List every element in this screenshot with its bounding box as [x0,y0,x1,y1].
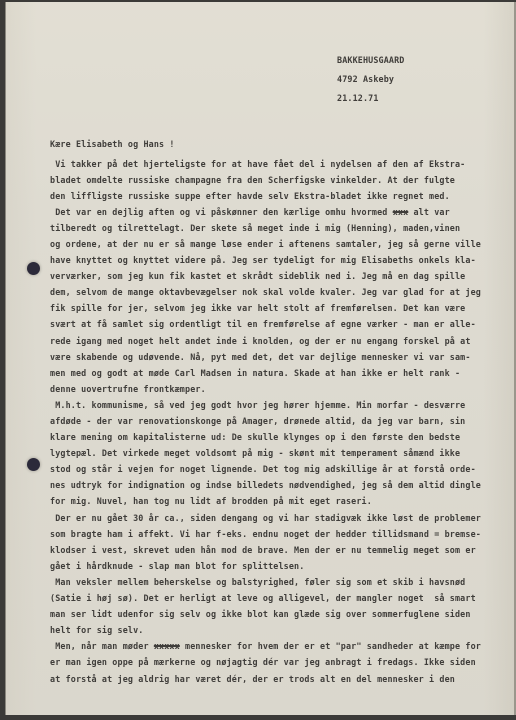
letter-line: verværker, som jeg kun fik kastet et skr… [50,268,481,284]
letter-line: Men, når man møder xxxxx mennesker for h… [50,638,481,654]
letter-line: svært at få samlet sig ordentligt til en… [50,316,481,332]
letter-line: nes udtryk for indignation og indse bill… [50,477,481,493]
letter-line: lygtepæl. Det virkede meget voldsomt på … [50,445,481,461]
letter-line: bladet omdelte russiske champagne fra de… [50,172,481,188]
letter-line: stod og står i vejen for noget lignende.… [50,461,481,477]
letter-line: afdøde - der var renovationskonge på Ama… [50,413,481,429]
letter-line: have knyttet og knyttet videre på. Jeg s… [50,252,481,268]
struck-out-text: xxxxx [154,641,180,651]
letter-date: 21.12.71 [337,89,405,108]
letter-line: M.h.t. kommunisme, så ved jeg godt hvor … [50,397,481,413]
letter-line: denne uovertrufne frontkæmper. [50,381,481,397]
punch-hole-icon [27,458,40,471]
letter-line: som bragte ham i affekt. Vi har f-eks. e… [50,526,481,542]
salutation: Kære Elisabeth og Hans ! [50,139,175,149]
letter-line: Man veksler mellem beherskelse og balsty… [50,574,481,590]
letter-line: man ser lidt udenfor sig selv og ikke bl… [50,606,481,622]
letter-line: Det var en dejlig aften og vi påskønner … [50,204,481,220]
letter-line: den liffligste russiske suppe efter havd… [50,188,481,204]
letter-line: gået i hårdknude - slap man blot for spl… [50,558,481,574]
letter-line: klodser i vest, skrevet uden hån mod de … [50,542,481,558]
letter-line: er man igen oppe på mærkerne og nøjagtig… [50,654,481,670]
letter-line: Der er nu gået 30 år ca., siden dengang … [50,510,481,526]
letter-body: Vi takker på det hjerteligste for at hav… [50,156,481,687]
sender-address: 4792 Askeby [337,70,405,89]
letter-line: men med og godt at møde Carl Madsen in n… [50,365,481,381]
sender-block: BAKKEHUSGAARD 4792 Askeby 21.12.71 [337,51,405,108]
letter-line: Vi takker på det hjerteligste for at hav… [50,156,481,172]
struck-out-text: xxx [393,207,409,217]
punch-hole-icon [27,262,40,275]
scanned-page: BAKKEHUSGAARD 4792 Askeby 21.12.71 Kære … [0,0,516,720]
letter-line: at forstå at jeg aldrig har været dér, d… [50,671,481,687]
sender-name: BAKKEHUSGAARD [337,51,405,70]
letter-line: rede igang med noget helt andet inde i k… [50,333,481,349]
letter-line: tilberedt og tilrettelagt. Der skete så … [50,220,481,236]
letter-line: helt for sig selv. [50,622,481,638]
letter-line: (Satie i høj sø). Det er herligt at leve… [50,590,481,606]
letter-line: for mig. Nuvel, han tog nu lidt af brodd… [50,493,481,509]
letter-line: klare mening om kapitalisterne ud: De sk… [50,429,481,445]
letter-line: være skabende og udøvende. Nå, pyt med d… [50,349,481,365]
letter-line: fik spille for jer, selvom jeg ikke var … [50,300,481,316]
letter-line: og ordene, at der nu er så mange løse en… [50,236,481,252]
letter-line: dem, selvom de mange oktavbevægelser nok… [50,284,481,300]
